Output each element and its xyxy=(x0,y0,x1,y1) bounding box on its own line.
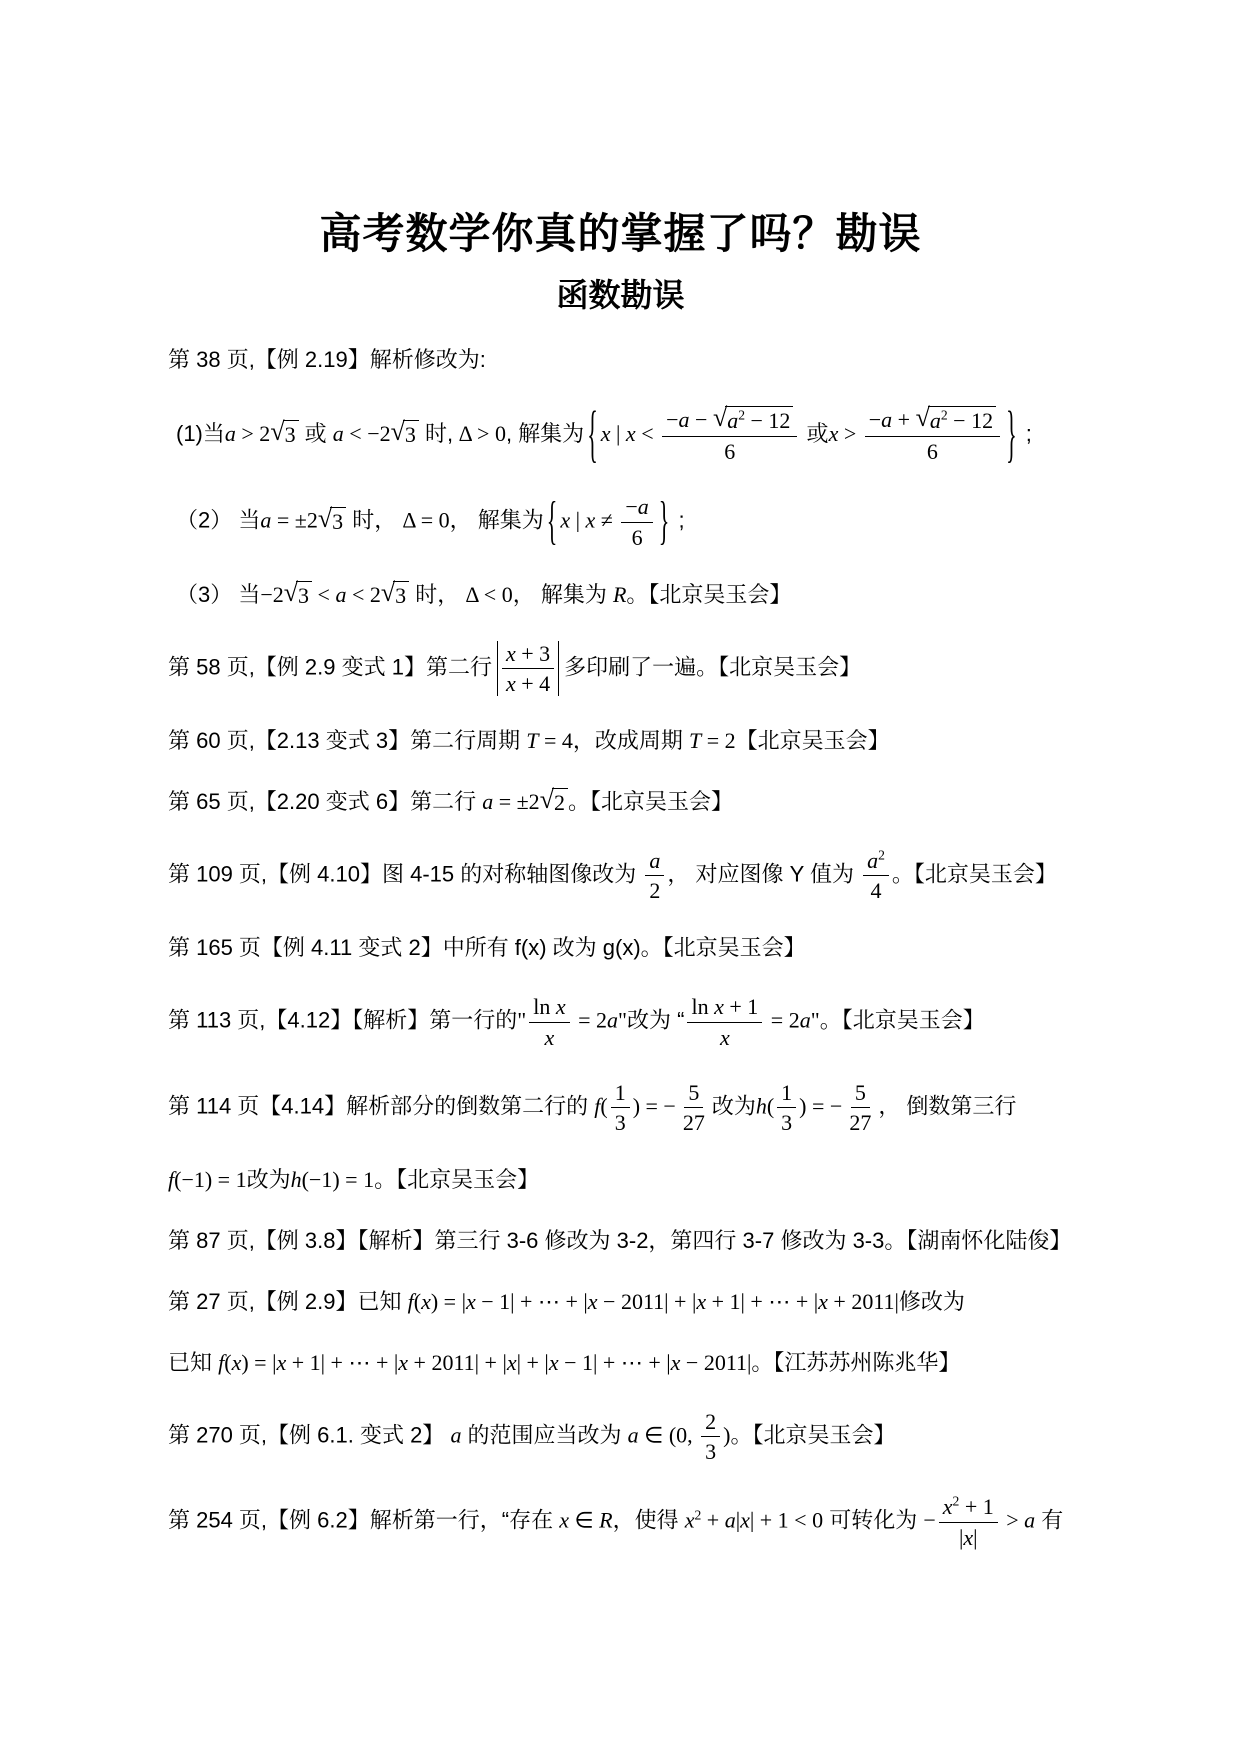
fraction-denominator: 4 xyxy=(867,876,886,903)
math-run: − 2011| + | xyxy=(598,1289,697,1314)
line-p87: 第 87 页,【例 3.8】【解析】第三行 3-6 修改为 3-2，第四行 3-… xyxy=(168,1226,1141,1257)
math-run: − 1| + ⋯ + | xyxy=(476,1289,588,1314)
radicand: a2 − 12 xyxy=(928,406,996,434)
radical-sign: √ xyxy=(713,405,727,431)
stretch-delimiter: } xyxy=(659,485,670,559)
fraction-denominator: 2 xyxy=(645,876,664,903)
fraction: x + 3x + 4 xyxy=(502,641,554,697)
math-run: 6 xyxy=(632,525,643,550)
fraction-denominator: 6 xyxy=(923,437,942,464)
fraction-denominator: x + 4 xyxy=(502,669,554,696)
math-run: Δ < 0 xyxy=(465,582,512,607)
text-run: 时， xyxy=(346,508,402,533)
math-var: x xyxy=(588,1289,598,1314)
math-var: a xyxy=(607,1008,618,1033)
line-p254: 第 254 页,【例 6.2】解析第一行，“存在 x ∈ R，使得 x2 + a… xyxy=(168,1494,1141,1550)
document-title: 高考数学你真的掌握了吗？勘误 xyxy=(168,210,1073,260)
fraction-numerator: 2 xyxy=(701,1409,720,1437)
math-var: x xyxy=(685,1508,695,1533)
text-run: 时， xyxy=(409,582,465,607)
math-run: | xyxy=(611,421,626,446)
math-run: − xyxy=(625,494,637,519)
math-var: a xyxy=(628,1422,639,1447)
math-var: x xyxy=(232,1350,242,1375)
math-var: a xyxy=(335,582,346,607)
line-p113: 第 113 页,【4.12】【解析】第一行的"ln xx = 2a"改为 “ln… xyxy=(168,994,1141,1050)
math-var: x xyxy=(671,1350,681,1375)
fraction-denominator: 27 xyxy=(679,1108,709,1135)
fraction: 23 xyxy=(701,1409,720,1465)
text-run: ， 倒数第三行 xyxy=(878,1093,1016,1118)
math-run: ) = | xyxy=(431,1289,466,1314)
text-run: 第 113 页,【4.12】【解析】第一行的 xyxy=(168,1008,517,1033)
math-var: a xyxy=(450,1422,461,1447)
fraction: 527 xyxy=(845,1080,875,1136)
math-var: a xyxy=(867,848,878,873)
math-run: 3 xyxy=(781,1110,792,1135)
radicand: 3 xyxy=(393,581,409,609)
text-run: 。【江苏苏州陈兆华】 xyxy=(751,1350,960,1375)
math-run: + 1 xyxy=(959,1494,993,1519)
math-var: a xyxy=(638,494,649,519)
text-run: 多印刷了一遍。【北京吴玉会】 xyxy=(564,654,861,679)
math-run: − 2011| xyxy=(680,1350,751,1375)
fraction: a24 xyxy=(863,848,889,904)
text-run: 。【北京吴玉会】 xyxy=(892,861,1057,886)
math-var: h xyxy=(291,1167,302,1192)
radical-sign: √ xyxy=(318,506,332,532)
math-run: 5 xyxy=(855,1080,866,1105)
text-run: 第 65 页,【2.20 变式 6】第二行 xyxy=(168,789,482,814)
fraction-denominator: 3 xyxy=(701,1437,720,1464)
math-run: ) = − xyxy=(633,1093,676,1118)
math-run: = 4 xyxy=(538,728,572,753)
text-run: 。【北京吴玉会】 xyxy=(626,582,791,607)
text-run: , 解集为 xyxy=(506,421,584,446)
math-var: a xyxy=(333,421,344,446)
text-run: 第 254 页,【例 6.2】解析第一行，“存在 xyxy=(168,1508,559,1533)
text-run: 有 xyxy=(1035,1508,1063,1533)
fraction: 527 xyxy=(679,1080,709,1136)
math-run: > 2 xyxy=(236,421,270,446)
math-run: ) = | xyxy=(241,1350,276,1375)
text-run: 可转化为 xyxy=(823,1508,923,1533)
radical: √3 xyxy=(284,581,312,609)
math-var: x xyxy=(560,508,570,533)
line-p27: 第 27 页,【例 2.9】已知 f(x) = |x − 1| + ⋯ + |x… xyxy=(168,1287,1141,1318)
math-run: 3 xyxy=(332,509,343,534)
math-run: 3 xyxy=(405,422,416,447)
radical: √a2 − 12 xyxy=(713,406,793,434)
superscript: 2 xyxy=(738,407,745,422)
math-var: T xyxy=(689,728,701,753)
math-var: x xyxy=(586,508,596,533)
math-var: x xyxy=(740,1508,750,1533)
fraction-denominator: 27 xyxy=(845,1108,875,1135)
math-var: a xyxy=(1024,1508,1035,1533)
radical-sign: √ xyxy=(381,580,395,606)
math-run: 1 xyxy=(615,1080,626,1105)
radicand: 3 xyxy=(330,507,346,535)
math-run: 3 xyxy=(705,1439,716,1464)
fraction: −a − √a2 − 126 xyxy=(662,406,797,465)
math-var: a xyxy=(679,407,690,432)
math-run: 2 xyxy=(705,1409,716,1434)
math-run: ≠ xyxy=(595,508,618,533)
radical: √3 xyxy=(381,581,409,609)
fraction: −a + √a2 − 126 xyxy=(865,406,1000,465)
math-run: + 2011| xyxy=(828,1289,899,1314)
math-run: " xyxy=(517,1008,526,1033)
fraction-denominator: x xyxy=(541,1023,559,1050)
math-run: 6 xyxy=(724,439,735,464)
math-run: + 1| + ⋯ + | xyxy=(286,1350,398,1375)
math-run: + 1 xyxy=(724,994,758,1019)
math-run: = ±2 xyxy=(271,508,317,533)
math-run: − 12 xyxy=(948,408,993,433)
math-run: 2 xyxy=(649,878,660,903)
text-run: 第 165 页【例 4.11 变式 2】中所有 f(x) 改为 g(x)。【北京… xyxy=(168,935,806,960)
math-run: > xyxy=(838,421,861,446)
math-var: a xyxy=(930,408,941,433)
text-run: 修改为 xyxy=(899,1289,965,1314)
fraction-numerator: x + 3 xyxy=(502,641,554,669)
text-run: 时, xyxy=(419,421,453,446)
text-run: 改为 “ xyxy=(627,1008,684,1033)
math-run: ∈ (0, xyxy=(639,1422,699,1447)
fraction: 13 xyxy=(777,1080,796,1136)
text-run: 。【北京吴玉会】 xyxy=(568,789,733,814)
text-run: 或 xyxy=(800,421,828,446)
math-var: a xyxy=(482,789,493,814)
math-run: + 2011| + | xyxy=(408,1350,507,1375)
text-run: 第 60 页,【2.13 变式 3】第二行周期 xyxy=(168,728,526,753)
math-var: x xyxy=(398,1350,408,1375)
math-var: T xyxy=(526,728,538,753)
math-run: (−1) = 1 xyxy=(174,1167,246,1192)
math-run: " xyxy=(811,1008,820,1033)
text-run: ; xyxy=(1020,421,1032,446)
math-var: a xyxy=(649,848,660,873)
radicand: 2 xyxy=(552,788,568,816)
text-run: 已知 xyxy=(168,1350,218,1375)
math-run: < 2 xyxy=(346,582,380,607)
fraction: ln xx xyxy=(529,994,569,1050)
math-run: > xyxy=(1001,1508,1024,1533)
text-run: 【北京吴玉会】 xyxy=(736,728,890,753)
math-var: x xyxy=(549,1350,559,1375)
math-var: a xyxy=(727,408,738,433)
text-run: 第 38 页,【例 2.19】解析修改为: xyxy=(168,347,486,372)
radical: √2 xyxy=(540,788,568,816)
math-var: x xyxy=(714,994,724,1019)
document-header: 高考数学你真的掌握了吗？勘误 函数勘误 xyxy=(168,210,1073,315)
math-run: + xyxy=(892,407,915,432)
line-p58: 第 58 页,【例 2.9 变式 1】第二行x + 3x + 4多印刷了一遍。【… xyxy=(168,641,1141,697)
radical-sign: √ xyxy=(916,405,930,431)
math-run: − 1| + ⋯ + | xyxy=(559,1350,671,1375)
radical-sign: √ xyxy=(284,580,298,606)
fraction-numerator: 1 xyxy=(611,1080,630,1108)
fraction: 13 xyxy=(611,1080,630,1136)
math-var: a xyxy=(881,407,892,432)
math-var: x xyxy=(720,1025,730,1050)
text-run: 。【北京吴玉会】 xyxy=(820,1008,985,1033)
stretch-delimiter: { xyxy=(547,485,558,559)
text-run: (1)当 xyxy=(176,421,225,446)
fraction-denominator: 3 xyxy=(777,1108,796,1135)
fraction-denominator: |x| xyxy=(955,1523,982,1550)
fraction-numerator: 1 xyxy=(777,1080,796,1108)
math-run: ∈ xyxy=(569,1508,599,1533)
line-p38-header: 第 38 页,【例 2.19】解析修改为: xyxy=(168,345,1141,376)
fraction-numerator: 5 xyxy=(851,1080,870,1108)
line-p165: 第 165 页【例 4.11 变式 2】中所有 f(x) 改为 g(x)。【北京… xyxy=(168,933,1141,964)
math-var: x xyxy=(506,641,516,666)
math-run: = 2 xyxy=(701,728,735,753)
math-var: x xyxy=(466,1289,476,1314)
text-run: 的范围应当改为 xyxy=(461,1422,627,1447)
math-var: x xyxy=(943,1494,953,1519)
math-run: − xyxy=(923,1508,935,1533)
fraction: a2 xyxy=(645,848,664,904)
math-run: − xyxy=(666,407,678,432)
radical-sign: √ xyxy=(540,787,554,813)
line-p60: 第 60 页,【2.13 变式 3】第二行周期 T = 4，改成周期 T = 2… xyxy=(168,726,1141,757)
line-case1: (1)当a > 2√3 或 a < −2√3 时, Δ > 0, 解集为{x |… xyxy=(168,406,1141,465)
math-var: x xyxy=(601,421,611,446)
math-run: −2 xyxy=(260,582,283,607)
fraction: ln x + 1x xyxy=(687,994,762,1050)
line-p109: 第 109 页,【例 4.10】图 4-15 的对称轴图像改为 a2， 对应图像… xyxy=(168,848,1141,904)
math-run: 5 xyxy=(688,1080,699,1105)
fraction: x2 + 1|x| xyxy=(939,1494,998,1550)
text-run: （3） 当 xyxy=(176,582,260,607)
radical: √3 xyxy=(270,420,298,448)
math-var: x xyxy=(556,994,566,1019)
math-run: 3 xyxy=(615,1110,626,1135)
radical-sign: √ xyxy=(270,419,284,445)
text-run: 。【北京吴玉会】 xyxy=(731,1422,896,1447)
radical: √a2 − 12 xyxy=(916,406,996,434)
math-run: ln xyxy=(533,994,556,1019)
math-var: x xyxy=(963,1525,973,1550)
fraction-numerator: a2 xyxy=(863,848,889,876)
line-case2: （2） 当a = ±2√3 时， Δ = 0， 解集为{x | x ≠ −a6}… xyxy=(168,494,1141,550)
fraction-numerator: ln x + 1 xyxy=(687,994,762,1022)
math-run: ( xyxy=(414,1289,421,1314)
math-run: ) = − xyxy=(799,1093,842,1118)
line-p65: 第 65 页,【2.20 变式 6】第二行 a = ±2√2。【北京吴玉会】 xyxy=(168,787,1141,818)
text-run: 第 27 页,【例 2.9】已知 xyxy=(168,1289,408,1314)
fraction: −a6 xyxy=(621,494,652,550)
radicand: 3 xyxy=(403,420,419,448)
math-run: 6 xyxy=(927,439,938,464)
text-run: 第 114 页【4.14】解析部分的倒数第二行的 xyxy=(168,1093,594,1118)
math-var: x xyxy=(696,1289,706,1314)
text-run: （2） 当 xyxy=(176,508,260,533)
radical-sign: √ xyxy=(391,419,405,445)
math-run: 1 xyxy=(781,1080,792,1105)
math-run: 3 xyxy=(395,583,406,608)
math-run: = ±2 xyxy=(493,789,539,814)
math-run: = 2 xyxy=(573,1008,607,1033)
text-run: ， 解集为 xyxy=(513,582,613,607)
errata-content: 第 38 页,【例 2.19】解析修改为:(1)当a > 2√3 或 a < −… xyxy=(168,345,1141,1550)
document-page: 高考数学你真的掌握了吗？勘误 函数勘误 第 38 页,【例 2.19】解析修改为… xyxy=(0,0,1241,1754)
math-run: + xyxy=(701,1508,724,1533)
math-run: − xyxy=(869,407,881,432)
fraction-numerator: x2 + 1 xyxy=(939,1494,998,1522)
line-p114b: f(−1) = 1改为h(−1) = 1。【北京吴玉会】 xyxy=(168,1165,1141,1196)
math-var: x xyxy=(421,1289,431,1314)
math-run: Δ > 0 xyxy=(453,421,506,446)
math-run: 27 xyxy=(849,1110,871,1135)
math-run: 2 xyxy=(554,790,565,815)
math-run: | + 1 < 0 xyxy=(750,1508,823,1533)
text-run: ， 对应图像 Y 值为 xyxy=(667,861,860,886)
fraction-numerator: 5 xyxy=(684,1080,703,1108)
math-var: x xyxy=(626,421,636,446)
superscript: 2 xyxy=(878,848,885,863)
math-var: a xyxy=(225,421,236,446)
math-run: ( xyxy=(224,1350,231,1375)
fraction-numerator: a xyxy=(645,848,664,876)
math-run: − 12 xyxy=(745,408,790,433)
math-run: < −2 xyxy=(344,421,391,446)
fraction-denominator: x xyxy=(716,1023,734,1050)
math-run: ( xyxy=(600,1093,607,1118)
fraction-denominator: 6 xyxy=(628,523,647,550)
math-run: 27 xyxy=(683,1110,705,1135)
radical: √3 xyxy=(318,507,346,535)
math-run: + 1| + ⋯ + | xyxy=(706,1289,818,1314)
line-p27b: 已知 f(x) = |x + 1| + ⋯ + |x + 2011| + |x|… xyxy=(168,1348,1141,1379)
math-run: + 3 xyxy=(516,641,550,666)
section-title: 函数勘误 xyxy=(168,276,1073,314)
math-var: x xyxy=(506,671,516,696)
radical: √3 xyxy=(391,420,419,448)
math-var: x xyxy=(559,1508,569,1533)
line-p270: 第 270 页,【例 6.1. 变式 2】 a 的范围应当改为 a ∈ (0, … xyxy=(168,1409,1141,1465)
text-run: 第 270 页,【例 6.1. 变式 2】 xyxy=(168,1422,450,1447)
text-run: 改为 xyxy=(712,1093,756,1118)
math-run: = 2 xyxy=(765,1008,799,1033)
math-var: x xyxy=(276,1350,286,1375)
fraction-numerator: −a − √a2 − 12 xyxy=(662,406,797,437)
math-run: ( xyxy=(767,1093,774,1118)
fraction-numerator: ln x xyxy=(529,994,569,1022)
math-run: " xyxy=(618,1008,627,1033)
fraction-denominator: 3 xyxy=(611,1108,630,1135)
text-run: ，改成周期 xyxy=(573,728,689,753)
math-run: − xyxy=(690,407,713,432)
math-var: x xyxy=(829,421,839,446)
fraction-numerator: −a + √a2 − 12 xyxy=(865,406,1000,437)
text-run: 或 xyxy=(299,421,333,446)
math-var: x xyxy=(818,1289,828,1314)
text-run: 第 87 页,【例 3.8】【解析】第三行 3-6 修改为 3-2，第四行 3-… xyxy=(168,1228,1071,1253)
math-var: h xyxy=(756,1093,767,1118)
math-run: < xyxy=(312,582,335,607)
text-run: ; xyxy=(672,508,684,533)
math-var: a xyxy=(260,508,271,533)
superscript: 2 xyxy=(941,407,948,422)
math-run: 3 xyxy=(298,583,309,608)
math-run: ) xyxy=(723,1422,730,1447)
stretch-delimiter: } xyxy=(1006,390,1017,479)
fraction-numerator: −a xyxy=(621,494,652,522)
math-var: x xyxy=(545,1025,555,1050)
math-var: a xyxy=(725,1508,736,1533)
text-run: 改为 xyxy=(247,1167,291,1192)
math-run: 3 xyxy=(285,422,296,447)
text-run: ， 解集为 xyxy=(450,508,544,533)
math-run: | xyxy=(570,508,585,533)
radicand: 3 xyxy=(296,581,312,609)
text-run: 。【北京吴玉会】 xyxy=(374,1167,539,1192)
stretch-delimiter: { xyxy=(587,390,598,479)
math-run: < xyxy=(636,421,659,446)
text-run: 第 109 页,【例 4.10】图 4-15 的对称轴图像改为 xyxy=(168,861,642,886)
radicand: a2 − 12 xyxy=(725,406,793,434)
text-run: 第 58 页,【例 2.9 变式 1】第二行 xyxy=(168,654,492,679)
math-run: | xyxy=(973,1525,977,1550)
math-var: a xyxy=(800,1008,811,1033)
line-case3: （3） 当−2√3 < a < 2√3 时， Δ < 0， 解集为 R。【北京吴… xyxy=(168,580,1141,611)
math-run: + 4 xyxy=(516,671,550,696)
fraction-denominator: 6 xyxy=(720,437,739,464)
math-run: (−1) = 1 xyxy=(302,1167,374,1192)
math-run: 4 xyxy=(871,878,882,903)
math-run: Δ = 0 xyxy=(402,508,449,533)
math-var: R xyxy=(599,1508,612,1533)
math-var: R xyxy=(613,582,626,607)
text-run: ，使得 xyxy=(613,1508,685,1533)
line-p114: 第 114 页【4.14】解析部分的倒数第二行的 f(13) = −527改为h… xyxy=(168,1080,1141,1136)
math-run: | + | xyxy=(517,1350,549,1375)
absolute-value: x + 3x + 4 xyxy=(497,641,559,697)
math-var: x xyxy=(507,1350,517,1375)
math-run: ln xyxy=(691,994,714,1019)
